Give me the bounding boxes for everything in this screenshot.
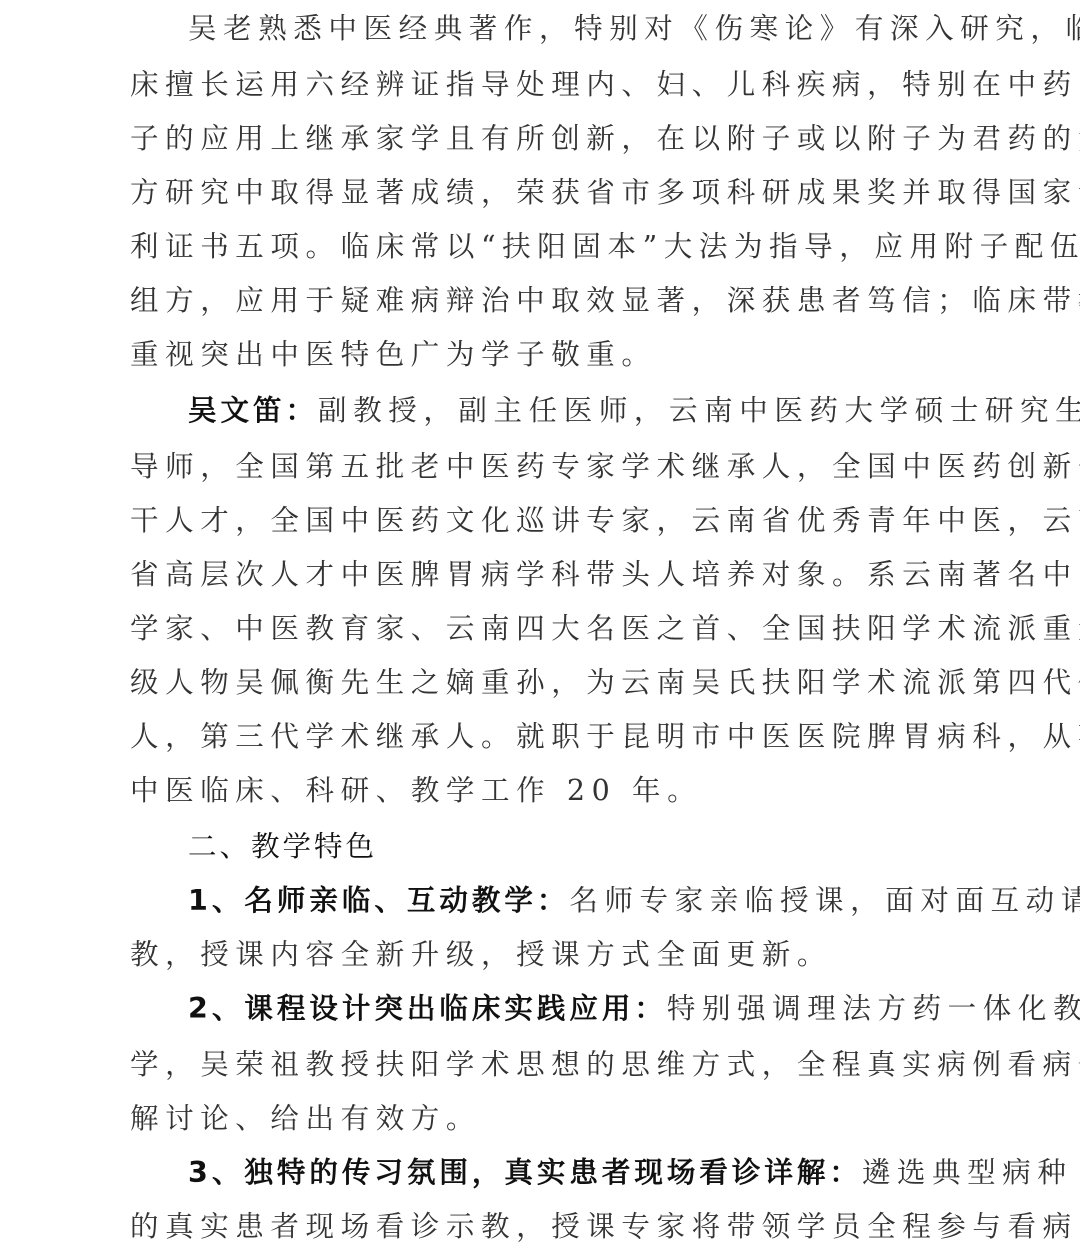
paragraph-line: 人，第三代学术继承人。就职于昆明市中医医院脾胃病科，从事: [130, 710, 950, 764]
paragraph-line: 学家、中医教育家、云南四大名医之首、全国扶阳学术流派重量: [130, 602, 950, 656]
feature-title: 3、独特的传习氛围，真实患者现场看诊详解：: [188, 1156, 862, 1189]
paragraph-line: 省高层次人才中医脾胃病学科带头人培养对象。系云南著名中医: [130, 548, 950, 602]
feature-text: 名师专家亲临授课，面对面互动请: [569, 884, 1080, 917]
paragraph-line: 重视突出中医特色广为学子敬重。: [130, 328, 950, 382]
paragraph-line: 中医临床、科研、教学工作 20 年。: [130, 764, 950, 818]
paragraph-line: 组方，应用于疑难病辩治中取效显著，深获患者笃信；临床带教: [130, 274, 950, 328]
feature-1-first-line: 1、名师亲临、互动教学：名师专家亲临授课，面对面互动请: [130, 874, 1008, 928]
paragraph-line: 吴老熟悉中医经典著作，特别对《伤寒论》有深入研究，临: [130, 2, 1008, 56]
feature-2-first-line: 2、课程设计突出临床实践应用：特别强调理法方药一体化教: [130, 982, 1008, 1036]
feature-title: 1、名师亲临、互动教学：: [188, 884, 569, 917]
bio-first-line: 吴文笛：副教授，副主任医师，云南中医药大学硕士研究生: [130, 384, 1008, 438]
feature-text: 特别强调理法方药一体化教: [667, 992, 1080, 1025]
paragraph-line: 导师，全国第五批老中医药专家学术继承人，全国中医药创新骨: [130, 440, 950, 494]
feature-title: 2、课程设计突出临床实践应用：: [188, 992, 667, 1025]
paragraph-line: 子的应用上继承家学且有所创新，在以附子或以附子为君药的复: [130, 112, 950, 166]
feature-3-first-line: 3、独特的传习氛围，真实患者现场看诊详解：遴选典型病种: [130, 1146, 1008, 1200]
feature-text: 遴选典型病种: [862, 1156, 1073, 1189]
paragraph-line: 学，吴荣祖教授扶阳学术思想的思维方式，全程真实病例看病分: [130, 1038, 950, 1092]
paragraph-line: 级人物吴佩衡先生之嫡重孙，为云南吴氏扶阳学术流派第四代传: [130, 656, 950, 710]
paragraph-line: 教，授课内容全新升级，授课方式全面更新。: [130, 928, 950, 982]
section-heading: 二、教学特色: [130, 820, 1008, 874]
paragraph-line: 利证书五项。临床常以“扶阳固本”大法为指导，应用附子配伍: [130, 220, 950, 274]
paragraph-line: 床擅长运用六经辨证指导处理内、妇、儿科疾病，特别在中药附: [130, 58, 950, 112]
paragraph-line: 解讨论、给出有效方。: [130, 1092, 950, 1146]
person-name-label: 吴文笛：: [188, 394, 318, 427]
paragraph-line: 方研究中取得显著成绩，荣获省市多项科研成果奖并取得国家专: [130, 166, 950, 220]
paragraph-line: 的真实患者现场看诊示教，授课专家将带领学员全程参与看病，: [130, 1200, 950, 1250]
paragraph-line: 干人才，全国中医药文化巡讲专家，云南省优秀青年中医，云南: [130, 494, 950, 548]
bio-text: 副教授，副主任医师，云南中医药大学硕士研究生: [318, 394, 1080, 427]
